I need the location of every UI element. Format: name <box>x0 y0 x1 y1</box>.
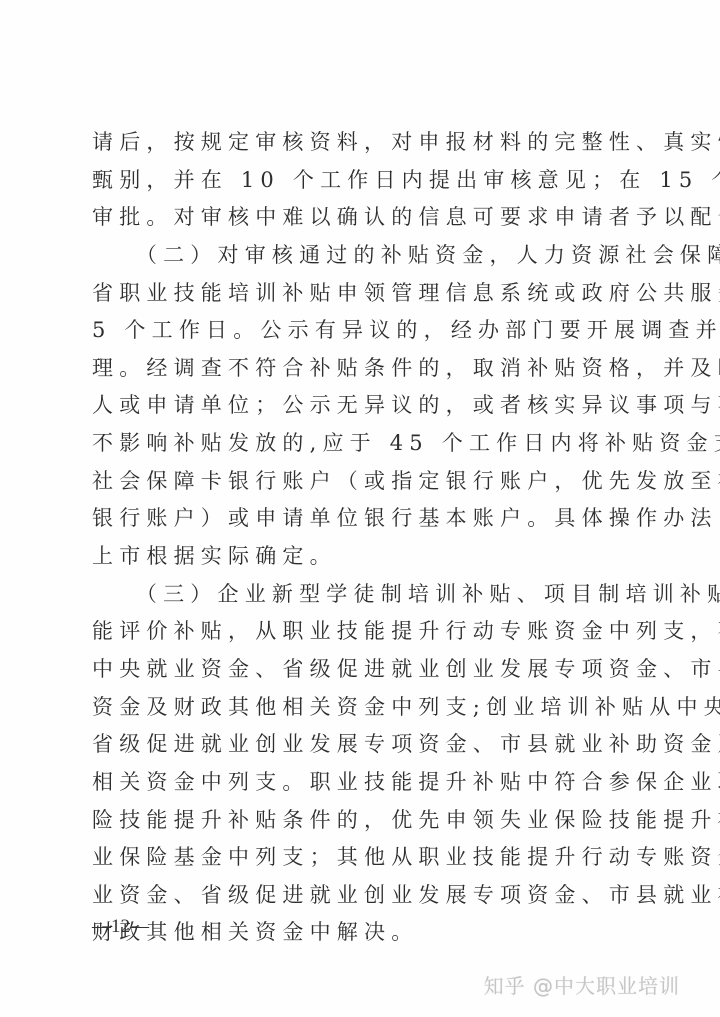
paragraph-2-start: （二）对审核通过的补贴资金，人力资源社会保障部门应在 <box>92 237 632 275</box>
text-line: 财政其他相关资金中解决。 <box>92 914 632 952</box>
text-line: 5 个工作日。公示有异议的，经办部门要开展调查并完成异议处 <box>92 312 632 350</box>
text-line: 业保险基金中列支；其他从职业技能提升行动专账资金、中央就 <box>92 839 632 877</box>
text-line: 能评价补贴，从职业技能提升行动专账资金中列支，不足部分从 <box>92 613 632 651</box>
document-page: 请后，按规定审核资料，对申报材料的完整性、真实性进行有效 甄别，并在 10 个工… <box>0 0 720 1017</box>
text-line: 资金及财政其他相关资金中列支;创业培训补贴从中央就业资金、 <box>92 689 632 727</box>
page-number: —12— <box>92 916 149 938</box>
text-line: 审批。对审核中难以确认的信息可要求申请者予以配合协助。 <box>92 199 632 237</box>
text-line: 社会保障卡银行账户（或指定银行账户，优先发放至社会保障卡 <box>92 463 632 501</box>
text-line: 请后，按规定审核资料，对申报材料的完整性、真实性进行有效 <box>92 124 632 162</box>
body-text: 请后，按规定审核资料，对申报材料的完整性、真实性进行有效 甄别，并在 10 个工… <box>92 124 632 952</box>
text-line: 甄别，并在 10 个工作日内提出审核意见；在 15 个工作日内完成 <box>92 162 632 200</box>
text-line: 人或申请单位；公示无异议的，或者核实异议事项与事实不符且 <box>92 387 632 425</box>
text-line: 理。经调查不符合补贴条件的，取消补贴资格，并及时告知申请 <box>92 350 632 388</box>
text-line: 省级促进就业创业发展专项资金、市县就业补助资金及财政其他 <box>92 726 632 764</box>
zhihu-watermark: 知乎 @中大职业培训 <box>484 970 680 999</box>
text-line: 省职业技能培训补贴申领管理信息系统或政府公共服务网上公示 <box>92 275 632 313</box>
text-line: 险技能提升补贴条件的，优先申领失业保险技能提升补贴，从失 <box>92 802 632 840</box>
text-line: 业资金、省级促进就业创业发展专项资金、市县就业补助资金及 <box>92 877 632 915</box>
paragraph-3-start: （三）企业新型学徒制培训补贴、项目制培训补贴、职业技 <box>92 576 632 614</box>
text-line: 银行账户）或申请单位银行基本账户。具体操作办法由各地级以 <box>92 500 632 538</box>
text-line: 不影响补贴发放的,应于 45 个工作日内将补贴资金支付至申请人 <box>92 425 632 463</box>
text-line: 相关资金中列支。职业技能提升补贴中符合参保企业职工失业保 <box>92 764 632 802</box>
text-line: 上市根据实际确定。 <box>92 538 632 576</box>
text-line: 中央就业资金、省级促进就业创业发展专项资金、市县就业补助 <box>92 651 632 689</box>
